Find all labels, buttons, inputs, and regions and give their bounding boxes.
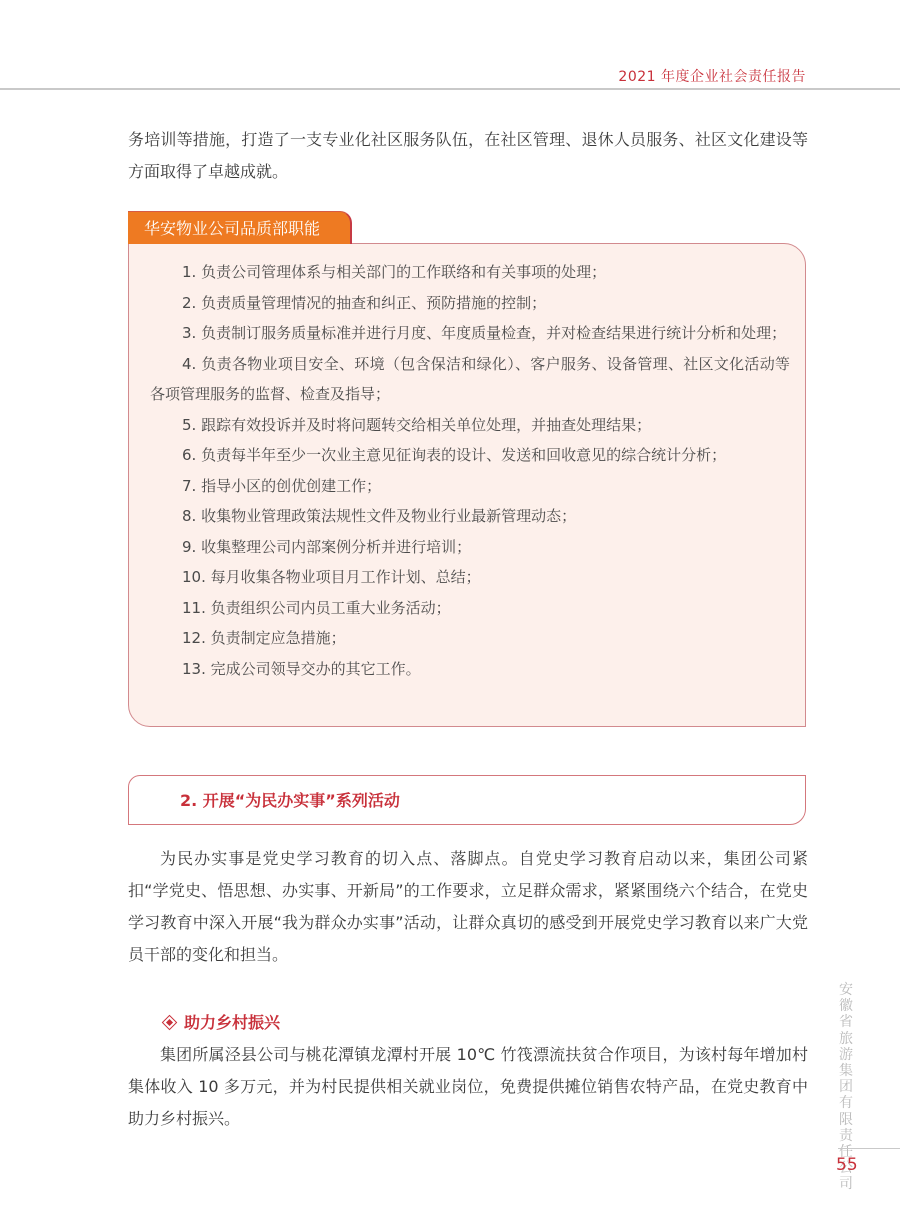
- intro-paragraph: 务培训等措施，打造了一支专业化社区服务队伍，在社区管理、退休人员服务、社区文化建…: [128, 124, 808, 188]
- duties-list: 1. 负责公司管理体系与相关部门的工作联络和有关事项的处理； 2. 负责质量管理…: [150, 257, 790, 684]
- sidebar-divider: [838, 1148, 900, 1149]
- section-title: 2. 开展“为民办实事”系列活动: [180, 788, 400, 811]
- list-item: 10. 每月收集各物业项目月工作计划、总结；: [150, 562, 790, 593]
- page-number: 55: [836, 1155, 858, 1175]
- list-item: 11. 负责组织公司内员工重大业务活动；: [150, 593, 790, 624]
- list-item: 1. 负责公司管理体系与相关部门的工作联络和有关事项的处理；: [150, 257, 790, 288]
- list-item: 4. 负责各物业项目安全、环境（包含保洁和绿化）、客户服务、设备管理、社区文化活…: [150, 349, 790, 410]
- subsection-heading: 助力乡村振兴: [162, 1010, 280, 1033]
- list-item: 8. 收集物业管理政策法规性文件及物业行业最新管理动态；: [150, 501, 790, 532]
- list-item: 7. 指导小区的创优创建工作；: [150, 471, 790, 502]
- list-item: 6. 负责每半年至少一次业主意见征询表的设计、发送和回收意见的综合统计分析；: [150, 440, 790, 471]
- list-item: 9. 收集整理公司内部案例分析并进行培训；: [150, 532, 790, 563]
- list-item: 5. 跟踪有效投诉并及时将问题转交给相关单位处理，并抽查处理结果；: [150, 410, 790, 441]
- subsection-paragraph: 集团所属泾县公司与桃花潭镇龙潭村开展 10℃ 竹筏漂流扶贫合作项目，为该村每年增…: [128, 1039, 808, 1135]
- duties-tab-label: 华安物业公司品质部职能: [128, 211, 352, 244]
- subsection-title: 助力乡村振兴: [184, 1010, 280, 1033]
- section-paragraph: 为民办实事是党史学习教育的切入点、落脚点。自党史学习教育启动以来，集团公司紧扣“…: [128, 843, 808, 971]
- header-divider: [0, 88, 900, 90]
- list-item: 12. 负责制定应急措施；: [150, 623, 790, 654]
- diamond-bullet-icon: [162, 1015, 176, 1029]
- list-item: 13. 完成公司领导交办的其它工作。: [150, 654, 790, 685]
- list-item: 3. 负责制订服务质量标准并进行月度、年度质量检查，并对检查结果进行统计分析和处…: [150, 318, 790, 349]
- list-item: 2. 负责质量管理情况的抽查和纠正、预防措施的控制；: [150, 288, 790, 319]
- report-header-title: 2021 年度企业社会责任报告: [618, 66, 806, 86]
